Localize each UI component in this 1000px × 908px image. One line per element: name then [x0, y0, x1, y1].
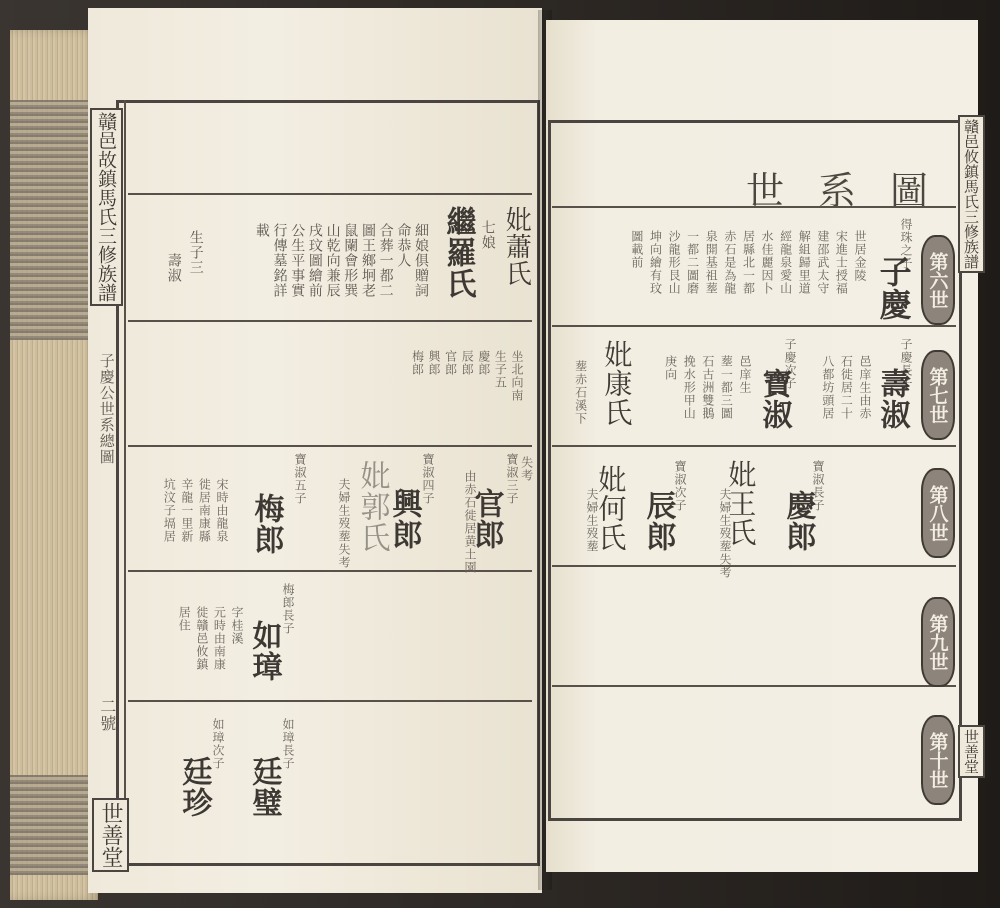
text-col: 挽水形甲山 [683, 355, 696, 440]
shoushu-text-block: 邑庠生由赤 石徙居二十 八都坊頭居 [796, 355, 871, 440]
text-col: 辛龍一里新 [180, 478, 193, 568]
wang-text: 夫婦生歿塟失考 [701, 488, 731, 579]
baoshu-text-block: 邑庠生 塟一都三圖 石古洲雙鵝 挽水形甲山 庚向 [646, 355, 751, 440]
text-col: 石徙居二十 [840, 355, 853, 440]
row-rule [552, 206, 956, 208]
text-col: 官郎 [444, 350, 457, 430]
text-col: 坤向繪有玟 [649, 230, 662, 320]
row-rule [552, 565, 956, 567]
text-col: 泉開基祖塟 [705, 230, 718, 320]
ruzhang-name: 如璋 [248, 620, 280, 682]
text-col: 塟一都三圖 [720, 355, 733, 440]
text-col: 赤石是為龍 [723, 230, 736, 320]
spouse-kang: 妣康氏 [602, 340, 631, 427]
row-rule [552, 685, 956, 687]
tingbi-name: 廷璧 [248, 756, 280, 818]
son-shoushu: 壽淑 [166, 253, 181, 283]
text-col: 徙居南康縣 [198, 478, 211, 568]
row7-text-block: 坐北向南 生子五 慶郎 辰郎 官郎 興郎 梅郎 [373, 350, 523, 430]
row6-text-block: 細娘俱贈詞 命恭人 合葬一都二 圖王鄉坰老 鼠闌會形巽 山乾向兼辰 戌玟圖繪前 … [208, 223, 428, 323]
text-col: 命恭人 [396, 223, 411, 323]
xinglang-name: 興郎 [388, 488, 420, 550]
gen6-text-block: 世居金陵 宋進士授福 建邵武太守 解組歸里道 經龍泉愛山 水佳麗因卜 居縣北一都… [566, 230, 866, 320]
he-text: 夫婦生歿塟 [568, 488, 598, 553]
text-col: 梅郎 [411, 350, 424, 430]
text-col: 沙龍形艮山 [667, 230, 680, 320]
text-col: 石古洲雙鵝 [701, 355, 714, 440]
page-number: 二號 [98, 698, 115, 732]
text-col: 細娘俱贈詞 [413, 223, 428, 323]
hall-name: 世善堂 [92, 798, 129, 872]
sons-count: 生子三 [188, 230, 203, 275]
page-fore-edge [10, 30, 98, 900]
spouse-he: 妣何氏 [596, 465, 625, 552]
text-col: 辰郎 [461, 350, 474, 430]
guo-text: 夫婦生歿塟失考 [320, 478, 350, 569]
generation-badge-10: 第十世 [921, 715, 955, 805]
generation-badge-9: 第九世 [921, 597, 955, 687]
generation-badge-8: 第八世 [921, 468, 955, 558]
text-col: 建邵武太守 [816, 230, 829, 320]
text-col: 宋時由龍泉 [215, 478, 228, 568]
text-col: 圖載前 [630, 230, 643, 320]
text-col: 邑庠生 [738, 355, 751, 440]
text-col: 坑汶子塥居 [163, 478, 176, 568]
text-col: 山乾向兼辰 [325, 223, 340, 323]
generation-badge-7: 第七世 [921, 350, 955, 440]
qinglang-name: 慶郎 [782, 490, 814, 552]
text-col: 行傳墓銘詳 [272, 223, 287, 323]
text-col: 經龍泉愛山 [779, 230, 792, 320]
tingzhen-name: 廷珍 [178, 756, 210, 818]
text-col: 居住 [178, 606, 191, 706]
text-col: 字桂溪 [230, 606, 243, 706]
ruzhang-text-block: 字桂溪 元時由南康 徙贛邑攸鎮 居住 [148, 606, 243, 706]
left-spine-title: 贛邑故鎮馬氏三修族譜 [90, 108, 123, 306]
margin-rule [124, 100, 126, 860]
right-page: 世系圖 贛邑攸鎮馬氏三修族譜 世善堂 第六世 第七世 第八世 第九世 第十世 得… [546, 20, 978, 872]
row-rule [552, 445, 956, 447]
text-col: 興郎 [427, 350, 440, 430]
zqing-name: 子慶 [876, 255, 910, 321]
row-rule [128, 193, 532, 195]
row-rule [552, 325, 956, 327]
text-col: 坐北向南 [510, 350, 523, 430]
text-col: 邑庠生由赤 [858, 355, 871, 440]
left-page: 贛邑故鎮馬氏三修族譜 子慶公世系總圖 二號 世善堂 妣蕭氏 七娘 繼羅氏 細娘俱… [88, 8, 542, 893]
spouse-luo: 繼羅氏 [442, 206, 474, 299]
text-col: 慶郎 [477, 350, 490, 430]
chenlang-name: 辰郎 [642, 490, 674, 552]
row-rule [128, 445, 532, 447]
text-col: 合葬一都二 [378, 223, 393, 323]
text-col: 一都二圖磨 [686, 230, 699, 320]
text-col: 徙贛邑攸鎮 [195, 606, 208, 706]
text-col: 庚向 [664, 355, 677, 440]
text-col: 元時由南康 [213, 606, 226, 706]
spouse-xiao-detail: 七娘 [480, 220, 495, 250]
meilang-text-block: 宋時由龍泉 徙居南康縣 辛龍一里新 坑汶子塥居 [138, 478, 228, 568]
guanlang-text: 由赤石徙居黄土園 [446, 470, 476, 574]
text-col: 圖王鄉坰老 [360, 223, 375, 323]
section-label: 子慶公世系總圖 [98, 353, 114, 465]
text-col: 八都坊頭居 [821, 355, 834, 440]
text-col: 世居金陵 [853, 230, 866, 320]
meilang-name: 梅郎 [250, 493, 282, 555]
text-col: 公生平事實 [290, 223, 305, 323]
text-col: 水佳麗因卜 [760, 230, 773, 320]
generation-badge-6: 第六世 [921, 235, 955, 325]
text-col: 宋進士授福 [835, 230, 848, 320]
kang-text: 塟赤石溪下 [574, 360, 587, 425]
right-hall-name: 世善堂 [958, 725, 985, 778]
text-col: 載 [254, 223, 269, 323]
spouse-guo: 妣郭氏 [356, 460, 388, 553]
spouse-xiao: 妣蕭氏 [502, 206, 529, 287]
printed-edge-band-bottom [10, 775, 98, 875]
note-unknown: 失考 [520, 456, 533, 482]
text-col: 生子五 [494, 350, 507, 430]
text-col: 居縣北一都 [742, 230, 755, 320]
right-spine-title: 贛邑攸鎮馬氏三修族譜 [958, 115, 985, 273]
baoshu-name: 寶淑 [758, 368, 790, 430]
text-col: 鼠闌會形巽 [343, 223, 358, 323]
text-col: 解組歸里道 [798, 230, 811, 320]
printed-edge-band-top [10, 100, 98, 340]
text-col: 戌玟圖繪前 [307, 223, 322, 323]
shoushu-name: 壽淑 [876, 368, 908, 430]
